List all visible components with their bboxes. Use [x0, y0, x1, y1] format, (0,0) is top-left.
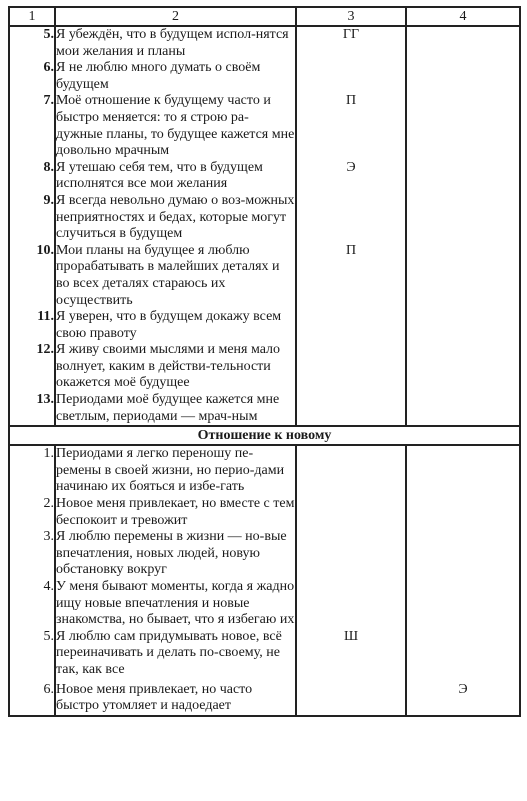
- item-col3: ГГ: [296, 26, 406, 60]
- item-col4: [406, 496, 520, 529]
- item-col4: [406, 193, 520, 243]
- item-col3: [296, 309, 406, 342]
- section-header-row: Отношение к новому: [9, 426, 520, 445]
- item-number: 6.: [9, 679, 55, 716]
- item-text: Я убеждён, что в будущем испол-нятся мои…: [55, 26, 296, 60]
- item-col4: [406, 629, 520, 679]
- item-text: У меня бывают моменты, когда я жадно ищу…: [55, 579, 296, 629]
- item-col4: Э: [406, 679, 520, 716]
- item-number: 2.: [9, 496, 55, 529]
- table-row: 2. Новое меня привлекает, но вместе с те…: [9, 496, 520, 529]
- item-number: 5.: [9, 629, 55, 679]
- item-number: 4.: [9, 579, 55, 629]
- table-row: 10. Мои планы на будущее я люблю прораба…: [9, 243, 520, 309]
- table-row: 6. Новое меня привлекает, но часто быстр…: [9, 679, 520, 716]
- item-col4: [406, 243, 520, 309]
- item-col3: [296, 496, 406, 529]
- header-col-3: 3: [296, 7, 406, 26]
- questionnaire-table: 1 2 3 4 5. Я убеждён, что в будущем испо…: [8, 6, 521, 717]
- table-row: 1. Периодами я легко переношу пе-ремены …: [9, 445, 520, 496]
- item-col3: [296, 60, 406, 93]
- table-row: 12. Я живу своими мыслями и меня мало во…: [9, 342, 520, 392]
- item-text: Я не люблю много думать о своём будущем: [55, 60, 296, 93]
- table-row: 7. Моё отношение к будущему часто и быст…: [9, 93, 520, 159]
- table-row: 8. Я утешаю себя тем, что в будущем испо…: [9, 160, 520, 193]
- item-text: Я утешаю себя тем, что в будущем исполня…: [55, 160, 296, 193]
- item-col3: [296, 193, 406, 243]
- item-col4: [406, 60, 520, 93]
- item-col3: Э: [296, 160, 406, 193]
- item-col3: [296, 392, 406, 426]
- item-text: Периодами моё будущее кажется мне светлы…: [55, 392, 296, 426]
- item-col3: [296, 579, 406, 629]
- item-col3: [296, 445, 406, 496]
- item-number: 9.: [9, 193, 55, 243]
- table-row: 11. Я уверен, что в будущем докажу всем …: [9, 309, 520, 342]
- item-col3: [296, 342, 406, 392]
- table-row: 3. Я люблю перемены в жизни — но-вые впе…: [9, 529, 520, 579]
- item-col4: [406, 26, 520, 60]
- header-row: 1 2 3 4: [9, 7, 520, 26]
- item-col3: [296, 529, 406, 579]
- table-row: 6. Я не люблю много думать о своём будущ…: [9, 60, 520, 93]
- item-col4: [406, 445, 520, 496]
- item-text: Мои планы на будущее я люблю прорабатыва…: [55, 243, 296, 309]
- item-text: Моё отношение к будущему часто и быстро …: [55, 93, 296, 159]
- item-text: Я живу своими мыслями и меня мало волнуе…: [55, 342, 296, 392]
- item-text: Новое меня привлекает, но вместе с тем б…: [55, 496, 296, 529]
- item-text: Я всегда невольно думаю о воз-можных неп…: [55, 193, 296, 243]
- header-col-4: 4: [406, 7, 520, 26]
- table-row: 5. Я люблю сам придумывать новое, всё пе…: [9, 629, 520, 679]
- item-number: 11.: [9, 309, 55, 342]
- item-number: 1.: [9, 445, 55, 496]
- item-col4: [406, 342, 520, 392]
- section-title: Отношение к новому: [9, 426, 520, 445]
- item-text: Периодами я легко переношу пе-ремены в с…: [55, 445, 296, 496]
- header-col-1: 1: [9, 7, 55, 26]
- item-col3: П: [296, 243, 406, 309]
- item-col4: [406, 160, 520, 193]
- item-col4: [406, 392, 520, 426]
- item-number: 7.: [9, 93, 55, 159]
- table-row: 13. Периодами моё будущее кажется мне св…: [9, 392, 520, 426]
- item-col3: П: [296, 93, 406, 159]
- header-col-2: 2: [55, 7, 296, 26]
- section-2-body: Отношение к новому 1. Периодами я легко …: [9, 426, 520, 716]
- item-text: Я люблю сам придумывать новое, всё переи…: [55, 629, 296, 679]
- item-number: 12.: [9, 342, 55, 392]
- item-number: 3.: [9, 529, 55, 579]
- item-number: 5.: [9, 26, 55, 60]
- item-number: 13.: [9, 392, 55, 426]
- item-text: Новое меня привлекает, но часто быстро у…: [55, 679, 296, 716]
- table-row: 4. У меня бывают моменты, когда я жадно …: [9, 579, 520, 629]
- item-col3: Ш: [296, 629, 406, 679]
- item-col4: [406, 309, 520, 342]
- section-1-body: 5. Я убеждён, что в будущем испол-нятся …: [9, 26, 520, 426]
- item-col4: [406, 93, 520, 159]
- item-col3: [296, 679, 406, 716]
- item-col4: [406, 529, 520, 579]
- item-number: 8.: [9, 160, 55, 193]
- item-text: Я люблю перемены в жизни — но-вые впечат…: [55, 529, 296, 579]
- item-number: 10.: [9, 243, 55, 309]
- table-row: 9. Я всегда невольно думаю о воз-можных …: [9, 193, 520, 243]
- item-number: 6.: [9, 60, 55, 93]
- item-col4: [406, 579, 520, 629]
- item-text: Я уверен, что в будущем докажу всем свою…: [55, 309, 296, 342]
- table-row: 5. Я убеждён, что в будущем испол-нятся …: [9, 26, 520, 60]
